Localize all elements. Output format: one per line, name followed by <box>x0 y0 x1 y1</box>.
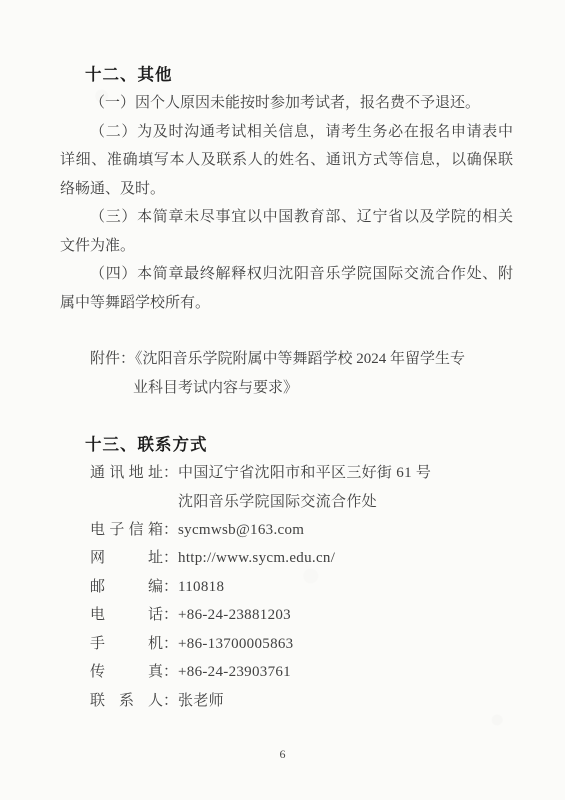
paragraph-line: 详细、准确填写本人及联系人的姓名、通讯方式等信息，以确保联 <box>60 146 513 174</box>
paragraph-line: （二）为及时沟通考试相关信息，请考生务必在报名申请表中 <box>60 118 513 146</box>
paragraph-line: 络畅通、及时。 <box>60 175 513 203</box>
paragraph-line: 属中等舞蹈学校所有。 <box>60 289 513 317</box>
contact-label: 网址 <box>90 544 163 572</box>
contact-value: 中国辽宁省沈阳市和平区三好街 61 号 <box>178 465 431 481</box>
contact-row: 联系人：张老师 <box>60 687 513 715</box>
paragraph-line: （一）因个人原因未能按时参加考试者，报名费不予退还。 <box>60 89 513 117</box>
contact-row: 手机：+86-13700005863 <box>60 630 513 658</box>
document-page: { "page": { "number": "6", "background_c… <box>0 0 565 800</box>
page-number: 6 <box>0 746 565 762</box>
contact-label: 电话 <box>90 601 163 629</box>
paragraph-line: （四）本简章最终解释权归沈阳音乐学院国际交流合作处、附 <box>60 260 513 288</box>
contact-value: +86-24-23903761 <box>178 664 291 680</box>
contact-label: 传真 <box>90 658 163 686</box>
contact-colon: ： <box>163 544 178 572</box>
contact-colon: ： <box>163 687 178 715</box>
contact-label: 邮编 <box>90 573 163 601</box>
document-body: 十二、其他 （一）因个人原因未能按时参加考试者，报名费不予退还。（二）为及时沟通… <box>60 61 513 715</box>
contact-colon: ： <box>163 658 178 686</box>
contact-value: http://www.sycm.edu.cn/ <box>178 550 335 566</box>
contact-info-list: 通讯地址：中国辽宁省沈阳市和平区三好街 61 号 ：沈阳音乐学院国际交流合作处 … <box>60 459 513 715</box>
contact-label: 电子信箱 <box>90 516 163 544</box>
contact-row: 传真：+86-24-23903761 <box>60 658 513 686</box>
contact-colon: ： <box>163 573 178 601</box>
blank-line <box>60 317 513 345</box>
contact-value: sycmwsb@163.com <box>178 522 304 538</box>
attachment-line-1: 附件：《沈阳音乐学院附属中等舞蹈学校 2024 年留学生专 <box>60 345 513 373</box>
contact-value: +86-24-23881203 <box>178 607 291 623</box>
contact-colon: ： <box>163 601 178 629</box>
contact-row: 通讯地址：中国辽宁省沈阳市和平区三好街 61 号 <box>60 459 513 487</box>
section-heading-contact: 十三、联系方式 <box>60 431 513 459</box>
paragraph-line: （三）本简章未尽事宜以中国教育部、辽宁省以及学院的相关 <box>60 203 513 231</box>
blank-line <box>60 402 513 430</box>
contact-value: +86-13700005863 <box>178 636 293 652</box>
paragraph-line: 文件为准。 <box>60 232 513 260</box>
contact-label: 通讯地址 <box>90 459 163 487</box>
contact-value: 沈阳音乐学院国际交流合作处 <box>178 494 377 510</box>
section-other-paragraphs: （一）因个人原因未能按时参加考试者，报名费不予退还。（二）为及时沟通考试相关信息… <box>60 89 513 317</box>
contact-colon: ： <box>163 459 178 487</box>
contact-row: 网址：http://www.sycm.edu.cn/ <box>60 544 513 572</box>
contact-colon: ： <box>163 630 178 658</box>
contact-value: 张老师 <box>178 693 224 709</box>
contact-value: 110818 <box>178 579 224 595</box>
contact-label: 手机 <box>90 630 163 658</box>
section-heading-other: 十二、其他 <box>60 61 513 89</box>
contact-row: 电子信箱：sycmwsb@163.com <box>60 516 513 544</box>
contact-row: ：沈阳音乐学院国际交流合作处 <box>60 488 513 516</box>
contact-label: 联系人 <box>90 687 163 715</box>
attachment-line-2: 业科目考试内容与要求》 <box>60 374 513 402</box>
contact-colon: ： <box>163 516 178 544</box>
contact-row: 邮编：110818 <box>60 573 513 601</box>
contact-row: 电话：+86-24-23881203 <box>60 601 513 629</box>
